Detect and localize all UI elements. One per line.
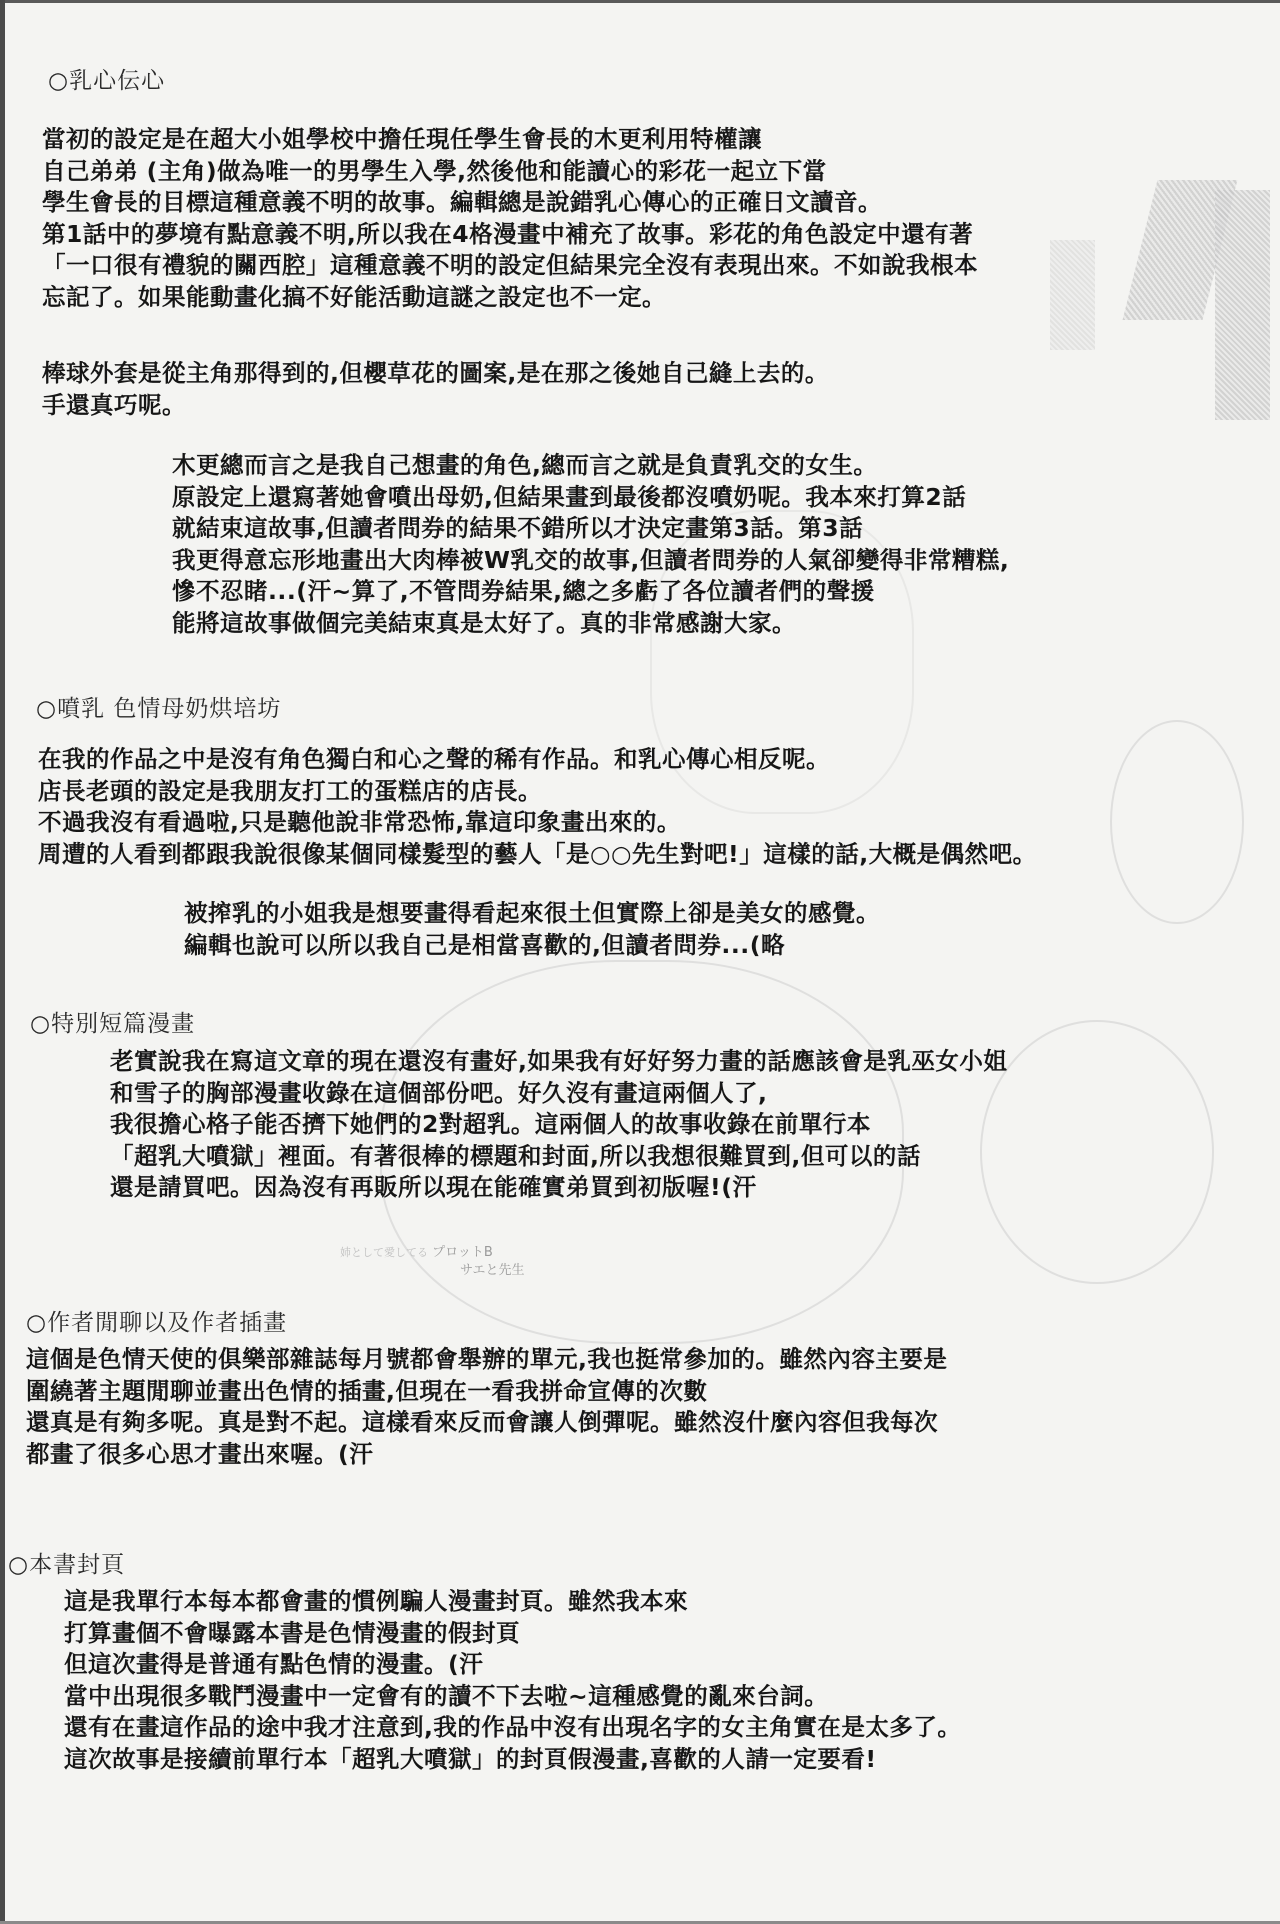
text-line: 這個是色情天使的俱樂部雜誌每月號都會舉辦的單元,我也挺常參加的。雖然內容主要是 [26, 1344, 947, 1376]
text-line: 還是請買吧。因為沒有再販所以現在能確實弟買到初版喔!(汗 [110, 1172, 1007, 1204]
text-line: 自己弟弟 (主角)做為唯一的男學生入學,然後他和能讀心的彩花一起立下當 [42, 156, 978, 188]
sketch-caption-line-1: プロットB [432, 1245, 493, 1260]
text-line: 被搾乳的小姐我是想要畫得看起來很土但實際上卻是美女的感覺。 [184, 898, 880, 930]
text-line: 慘不忍睹...(汗~算了,不管問券結果,總之多虧了各位讀者們的聲援 [172, 576, 1009, 608]
background-tone-shape-3 [1050, 240, 1095, 350]
section-heading-4: ○作者閒聊以及作者插畫 [26, 1304, 287, 1337]
section-heading-5: ○本書封頁 [8, 1546, 125, 1579]
text-line: 還真是有夠多呢。真是對不起。這樣看來反而會讓人倒彈呢。雖然沒什麼內容但我每次 [26, 1407, 947, 1439]
section-1-paragraph-3: 木更總而言之是我自己想畫的角色,總而言之就是負責乳交的女生。 原設定上還寫著她會… [172, 450, 1009, 639]
text-line: 第1話中的夢境有點意義不明,所以我在4格漫畫中補充了故事。彩花的角色設定中還有著 [42, 219, 978, 251]
text-line: 和雪子的胸部漫畫收錄在這個部份吧。好久沒有畫這兩個人了, [110, 1078, 1007, 1110]
background-sketch-caption: 姉として愛してる プロットB サエと先生 [340, 1244, 524, 1280]
text-line: 都畫了很多心思才畫出來喔。(汗 [26, 1439, 947, 1471]
text-line: 店長老頭的設定是我朋友打工的蛋糕店的店長。 [38, 776, 1037, 808]
background-tone-shape-2 [1215, 190, 1270, 420]
background-sketch-circle [980, 1020, 1214, 1284]
section-heading-3: ○特別短篇漫畫 [30, 1005, 195, 1038]
text-line: 我更得意忘形地畫出大肉棒被W乳交的故事,但讀者問券的人氣卻變得非常糟糕, [172, 545, 1009, 577]
section-4-paragraph-1: 這個是色情天使的俱樂部雜誌每月號都會舉辦的單元,我也挺常參加的。雖然內容主要是 … [26, 1344, 947, 1470]
text-line: 還有在畫這作品的途中我才注意到,我的作品中沒有出現名字的女主角實在是太多了。 [64, 1712, 961, 1744]
page-edge-left [0, 0, 5, 1924]
text-line: 我很擔心格子能否擠下她們的2對超乳。這兩個人的故事收錄在前單行本 [110, 1109, 1007, 1141]
section-heading-1: ○乳心伝心 [48, 62, 165, 95]
text-line: 手還真巧呢。 [42, 390, 829, 422]
text-line: 「超乳大噴獄」裡面。有著很棒的標題和封面,所以我想很難買到,但可以的話 [110, 1141, 1007, 1173]
section-2-paragraph-1: 在我的作品之中是沒有角色獨白和心之聲的稀有作品。和乳心傳心相反呢。 店長老頭的設… [38, 744, 1037, 870]
text-line: 老實說我在寫這文章的現在還沒有畫好,如果我有好好努力畫的話應該會是乳巫女小姐 [110, 1046, 1007, 1078]
page-edge-top [0, 0, 1280, 3]
text-line: 但這次畫得是普通有點色情的漫畫。(汗 [64, 1649, 961, 1681]
sketch-caption-small: 姉として愛してる [340, 1246, 428, 1259]
text-line: 當中出現很多戰鬥漫畫中一定會有的讀不下去啦~這種感覺的亂來台詞。 [64, 1681, 961, 1713]
section-5-paragraph-1: 這是我單行本每本都會畫的慣例騙人漫畫封頁。雖然我本來 打算畫個不會曝露本書是色情… [64, 1586, 961, 1775]
text-line: 就結束這故事,但讀者問券的結果不錯所以才決定畫第3話。第3話 [172, 513, 1009, 545]
section-3-paragraph-1: 老實說我在寫這文章的現在還沒有畫好,如果我有好好努力畫的話應該會是乳巫女小姐 和… [110, 1046, 1007, 1204]
text-line: 木更總而言之是我自己想畫的角色,總而言之就是負責乳交的女生。 [172, 450, 1009, 482]
text-line: 這是我單行本每本都會畫的慣例騙人漫畫封頁。雖然我本來 [64, 1586, 961, 1618]
text-line: 原設定上還寫著她會噴出母奶,但結果畫到最後都沒噴奶呢。我本來打算2話 [172, 482, 1009, 514]
text-line: 忘記了。如果能動畫化搞不好能活動這謎之設定也不一定。 [42, 282, 978, 314]
text-line: 能將這故事做個完美結束真是太好了。真的非常感謝大家。 [172, 608, 1009, 640]
section-2-paragraph-2: 被搾乳的小姐我是想要畫得看起來很土但實際上卻是美女的感覺。 編輯也說可以所以我自… [184, 898, 880, 961]
background-sketch-face [1110, 720, 1244, 924]
text-line: 當初的設定是在超大小姐學校中擔任現任學生會長的木更利用特權讓 [42, 124, 978, 156]
text-line: 不過我沒有看過啦,只是聽他說非常恐怖,靠這印象畫出來的。 [38, 807, 1037, 839]
sketch-caption-line-2: サエと先生 [340, 1262, 524, 1280]
text-line: 棒球外套是從主角那得到的,但櫻草花的圖案,是在那之後她自己縫上去的。 [42, 358, 829, 390]
section-1-paragraph-2: 棒球外套是從主角那得到的,但櫻草花的圖案,是在那之後她自己縫上去的。 手還真巧呢… [42, 358, 829, 421]
text-line: 學生會長的目標這種意義不明的故事。編輯總是說錯乳心傳心的正確日文讀音。 [42, 187, 978, 219]
text-line: 編輯也說可以所以我自己是相當喜歡的,但讀者問券...(略 [184, 930, 880, 962]
text-line: 「一口很有禮貌的關西腔」這種意義不明的設定但結果完全沒有表現出來。不如說我根本 [42, 250, 978, 282]
text-line: 打算畫個不會曝露本書是色情漫畫的假封頁 [64, 1618, 961, 1650]
text-line: 在我的作品之中是沒有角色獨白和心之聲的稀有作品。和乳心傳心相反呢。 [38, 744, 1037, 776]
text-line: 這次故事是接續前單行本「超乳大噴獄」的封頁假漫畫,喜歡的人請一定要看! [64, 1744, 961, 1776]
section-1-paragraph-1: 當初的設定是在超大小姐學校中擔任現任學生會長的木更利用特權讓 自己弟弟 (主角)… [42, 124, 978, 313]
text-line: 周遭的人看到都跟我說很像某個同樣髮型的藝人「是○○先生對吧!」這樣的話,大概是偶… [38, 839, 1037, 871]
section-heading-2: ○噴乳 色情母奶烘培坊 [36, 690, 281, 723]
text-line: 圍繞著主題閒聊並畫出色情的插畫,但現在一看我拼命宣傳的次數 [26, 1376, 947, 1408]
